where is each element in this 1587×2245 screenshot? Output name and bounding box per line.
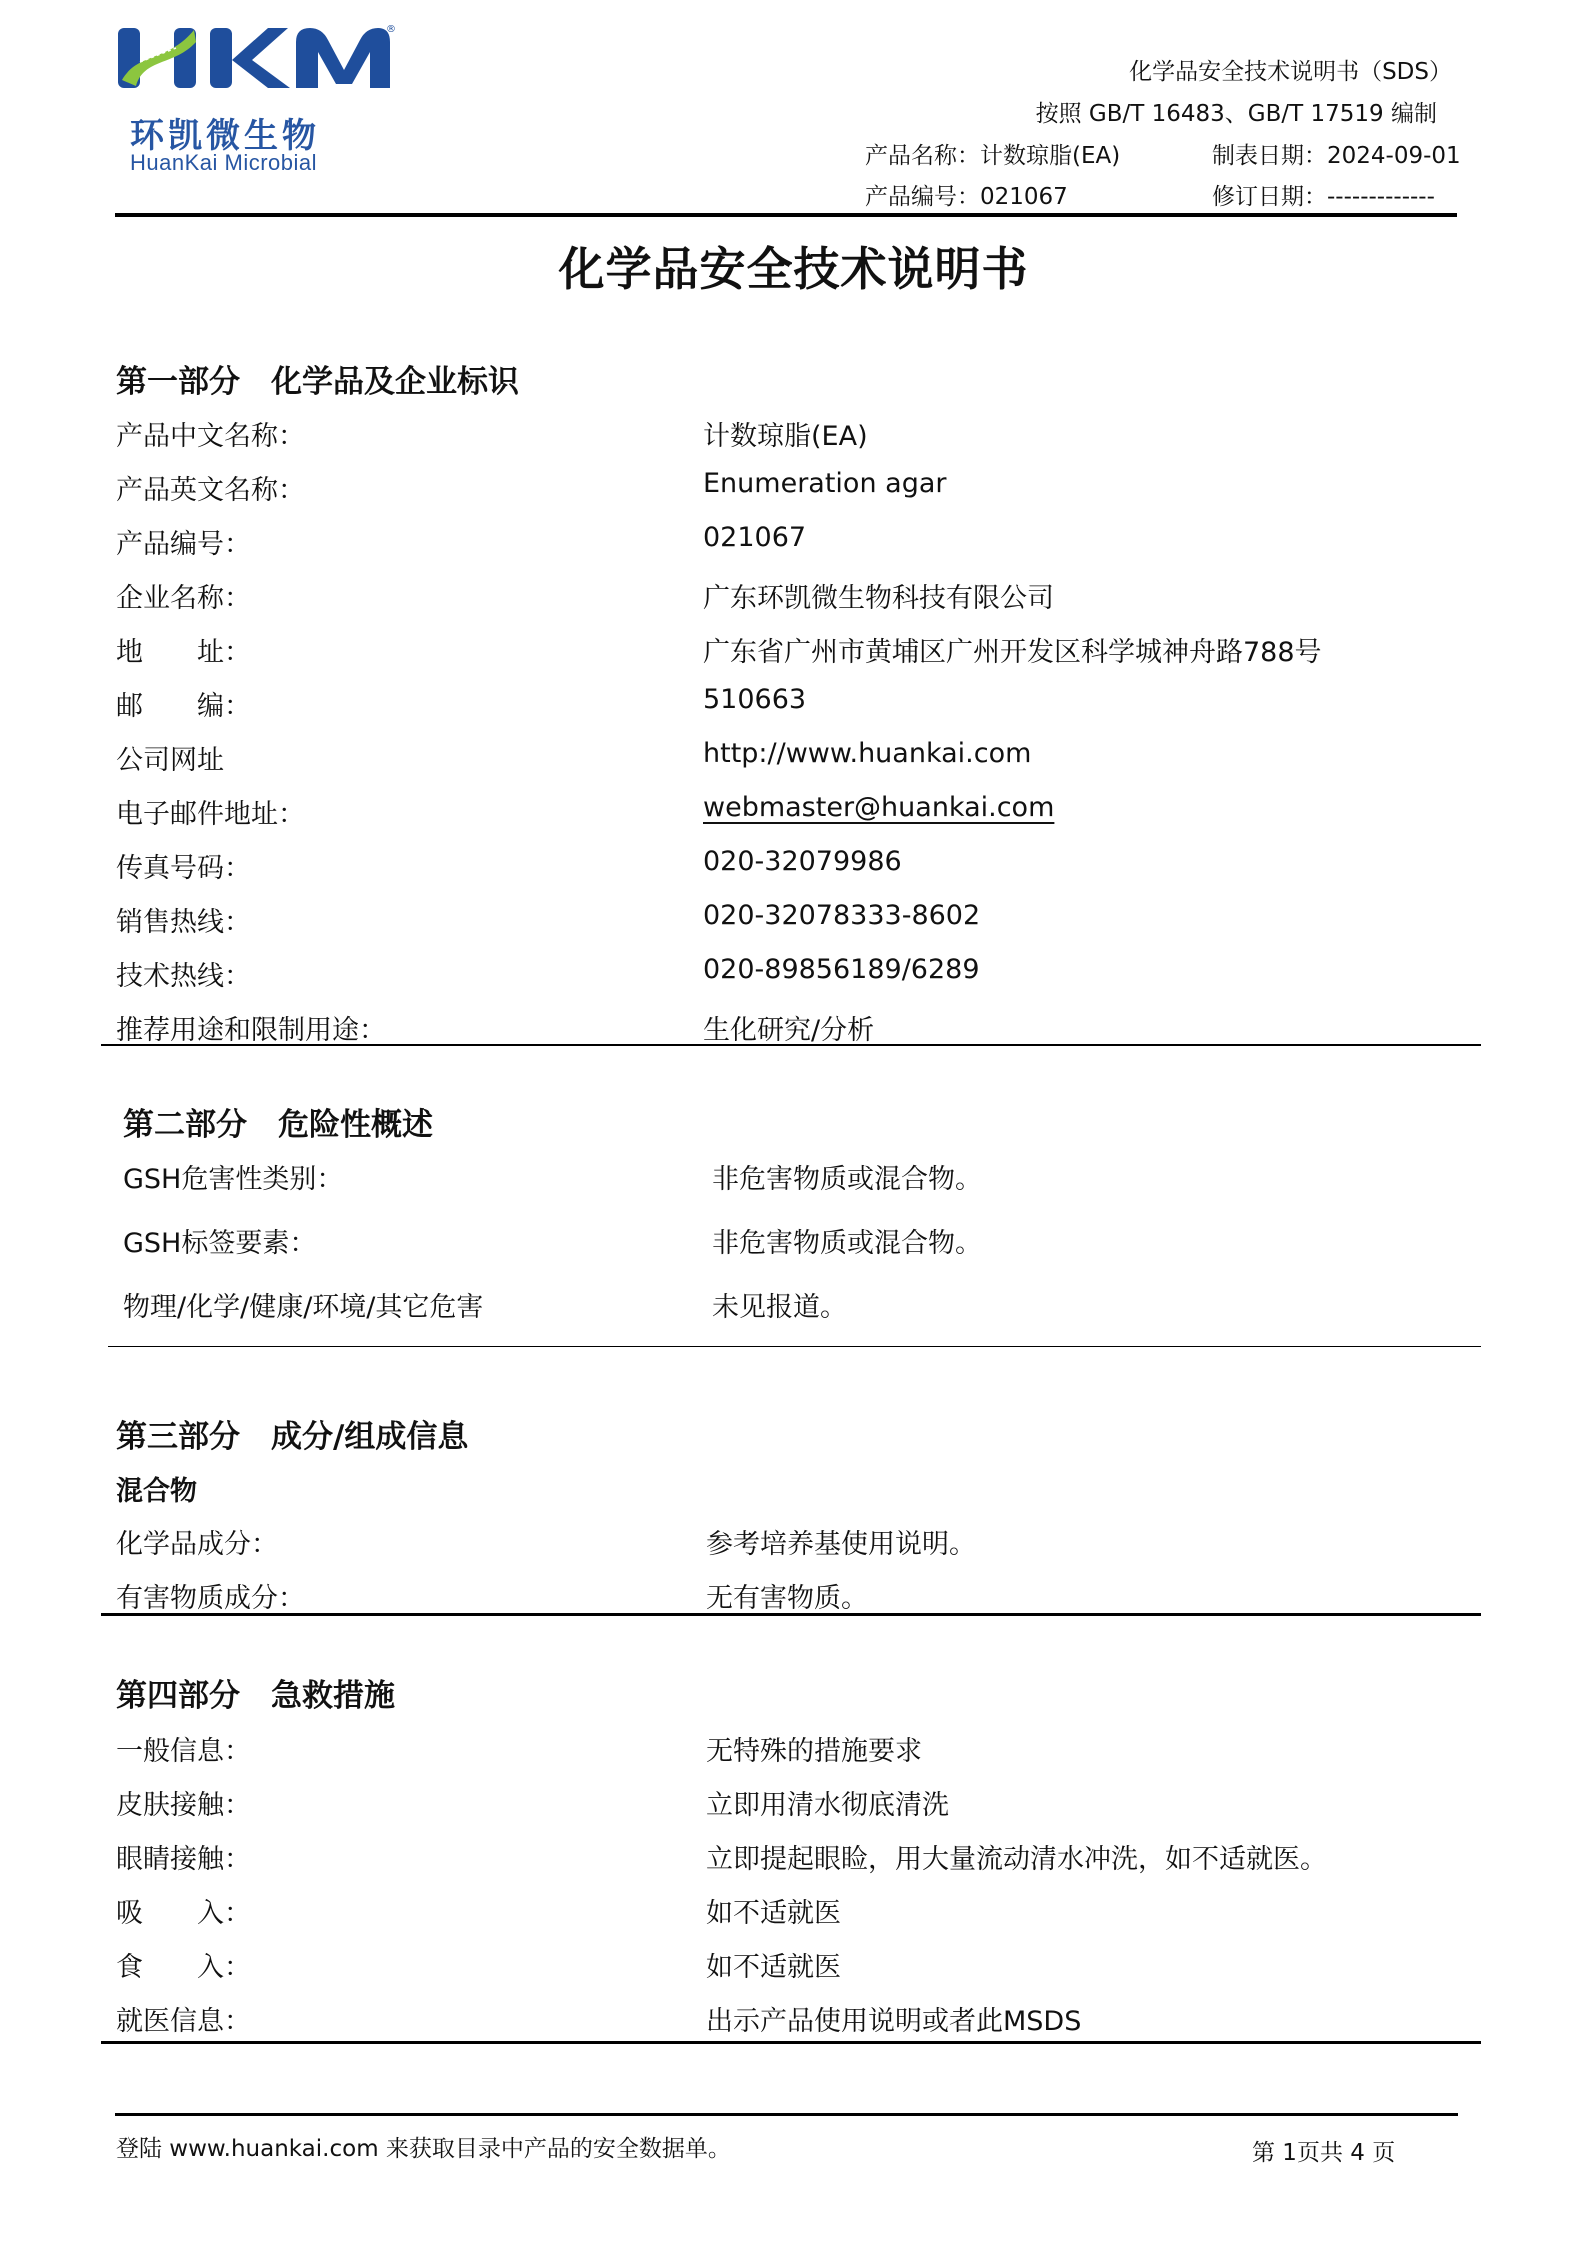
section-2-divider	[108, 1346, 1481, 1347]
row-value: 无有害物质。	[706, 1576, 868, 1615]
row-value: 广东环凯微生物科技有限公司	[703, 576, 1054, 615]
row-value: 非危害物质或混合物。	[712, 1221, 982, 1260]
issue-date-label: 制表日期：	[1212, 143, 1327, 169]
section-4-divider	[101, 2041, 1481, 2044]
hkm-logo-mark-icon: ®	[118, 22, 398, 92]
header-revision-date: 修订日期：-------------	[1212, 178, 1435, 211]
row-value: 参考培养基使用说明。	[706, 1522, 976, 1561]
row-value: 如不适就医	[706, 1945, 841, 1984]
row-label: 产品英文名称：	[116, 468, 305, 507]
row-label: 就医信息：	[116, 1999, 251, 2038]
row-label: 销售热线：	[116, 900, 251, 939]
section-1-title: 第一部分 化学品及企业标识	[116, 356, 519, 401]
logo-english-name: HuanKai Microbial	[130, 150, 317, 176]
row-label: 传真号码：	[116, 846, 251, 885]
row-value: 出示产品使用说明或者此MSDS	[706, 1999, 1081, 2038]
row-label: 一般信息：	[116, 1729, 251, 1768]
company-logo: ® 环凯微生物 HuanKai Microbial	[118, 16, 408, 166]
row-label: 有害物质成分：	[116, 1576, 305, 1615]
row-label: 电子邮件地址：	[116, 792, 305, 831]
row-label: 产品中文名称：	[116, 414, 305, 453]
svg-text:®: ®	[386, 24, 396, 35]
footer-note: 登陆 www.huankai.com 来获取目录中产品的安全数据单。	[116, 2130, 731, 2163]
row-value: 未见报道。	[712, 1285, 847, 1324]
row-value: 生化研究/分析	[703, 1008, 874, 1047]
row-label: GSH危害性类别：	[123, 1157, 343, 1196]
row-value: 如不适就医	[706, 1891, 841, 1930]
section-2-title: 第二部分 危险性概述	[123, 1099, 433, 1144]
row-label: 技术热线：	[116, 954, 251, 993]
product-name-label: 产品名称：	[865, 143, 980, 169]
row-label: 化学品成分：	[116, 1522, 278, 1561]
website-link[interactable]: http://www.huankai.com	[703, 738, 1031, 769]
row-label: 产品编号：	[116, 522, 251, 561]
row-label: 地 址：	[116, 630, 251, 669]
page-indicator: 第 1页共 4 页	[1252, 2134, 1395, 2167]
product-code-value: 021067	[980, 184, 1068, 210]
row-label: 邮 编：	[116, 684, 251, 723]
doc-type-label: 化学品安全技术说明书（SDS）	[1129, 53, 1452, 86]
row-value: 无特殊的措施要求	[706, 1729, 922, 1768]
row-value: 020-32078333-8602	[703, 900, 980, 931]
row-value: 计数琼脂(EA)	[703, 414, 868, 453]
section-3-subtitle: 混合物	[116, 1469, 197, 1508]
section-4-title: 第四部分 急救措施	[116, 1670, 395, 1715]
product-name-value: 计数琼脂(EA)	[980, 143, 1120, 169]
section-3-divider	[101, 1613, 1481, 1616]
row-label: 推荐用途和限制用途：	[116, 1008, 386, 1047]
row-label: 企业名称：	[116, 576, 251, 615]
row-label: 公司网址	[116, 738, 224, 777]
page-title: 化学品安全技术说明书	[0, 233, 1587, 299]
header-product-code: 产品编号：021067	[865, 178, 1068, 211]
row-value: 021067	[703, 522, 806, 553]
row-label: 食 入：	[116, 1945, 251, 1984]
row-label: 皮肤接触：	[116, 1783, 251, 1822]
row-value: 立即用清水彻底清洗	[706, 1783, 949, 1822]
row-label: 吸 入：	[116, 1891, 251, 1930]
header-issue-date: 制表日期：2024-09-01	[1212, 137, 1461, 170]
header-divider	[115, 213, 1457, 217]
revision-date-value: -------------	[1327, 184, 1435, 210]
row-value: 510663	[703, 684, 806, 715]
issue-date-value: 2024-09-01	[1327, 143, 1461, 169]
footer-divider	[115, 2113, 1458, 2116]
row-value: 广东省广州市黄埔区广州开发区科学城神舟路788号	[703, 630, 1322, 669]
row-label: 物理/化学/健康/环境/其它危害	[123, 1285, 483, 1324]
row-value: 非危害物质或混合物。	[712, 1157, 982, 1196]
email-link[interactable]: webmaster@huankai.com	[703, 792, 1054, 823]
product-code-label: 产品编号：	[865, 184, 980, 210]
section-3-title: 第三部分 成分/组成信息	[116, 1411, 468, 1456]
row-label: 眼睛接触：	[116, 1837, 251, 1876]
row-value: 立即提起眼睑，用大量流动清水冲洗，如不适就医。	[706, 1837, 1327, 1876]
row-label: GSH标签要素：	[123, 1221, 316, 1260]
row-value: 020-89856189/6289	[703, 954, 980, 985]
revision-date-label: 修订日期：	[1212, 184, 1327, 210]
section-1-divider	[101, 1044, 1481, 1046]
row-value: 020-32079986	[703, 846, 902, 877]
header-product-name: 产品名称：计数琼脂(EA)	[865, 137, 1120, 170]
standard-label: 按照 GB/T 16483、GB/T 17519 编制	[1036, 95, 1437, 128]
row-value: Enumeration agar	[703, 468, 946, 499]
